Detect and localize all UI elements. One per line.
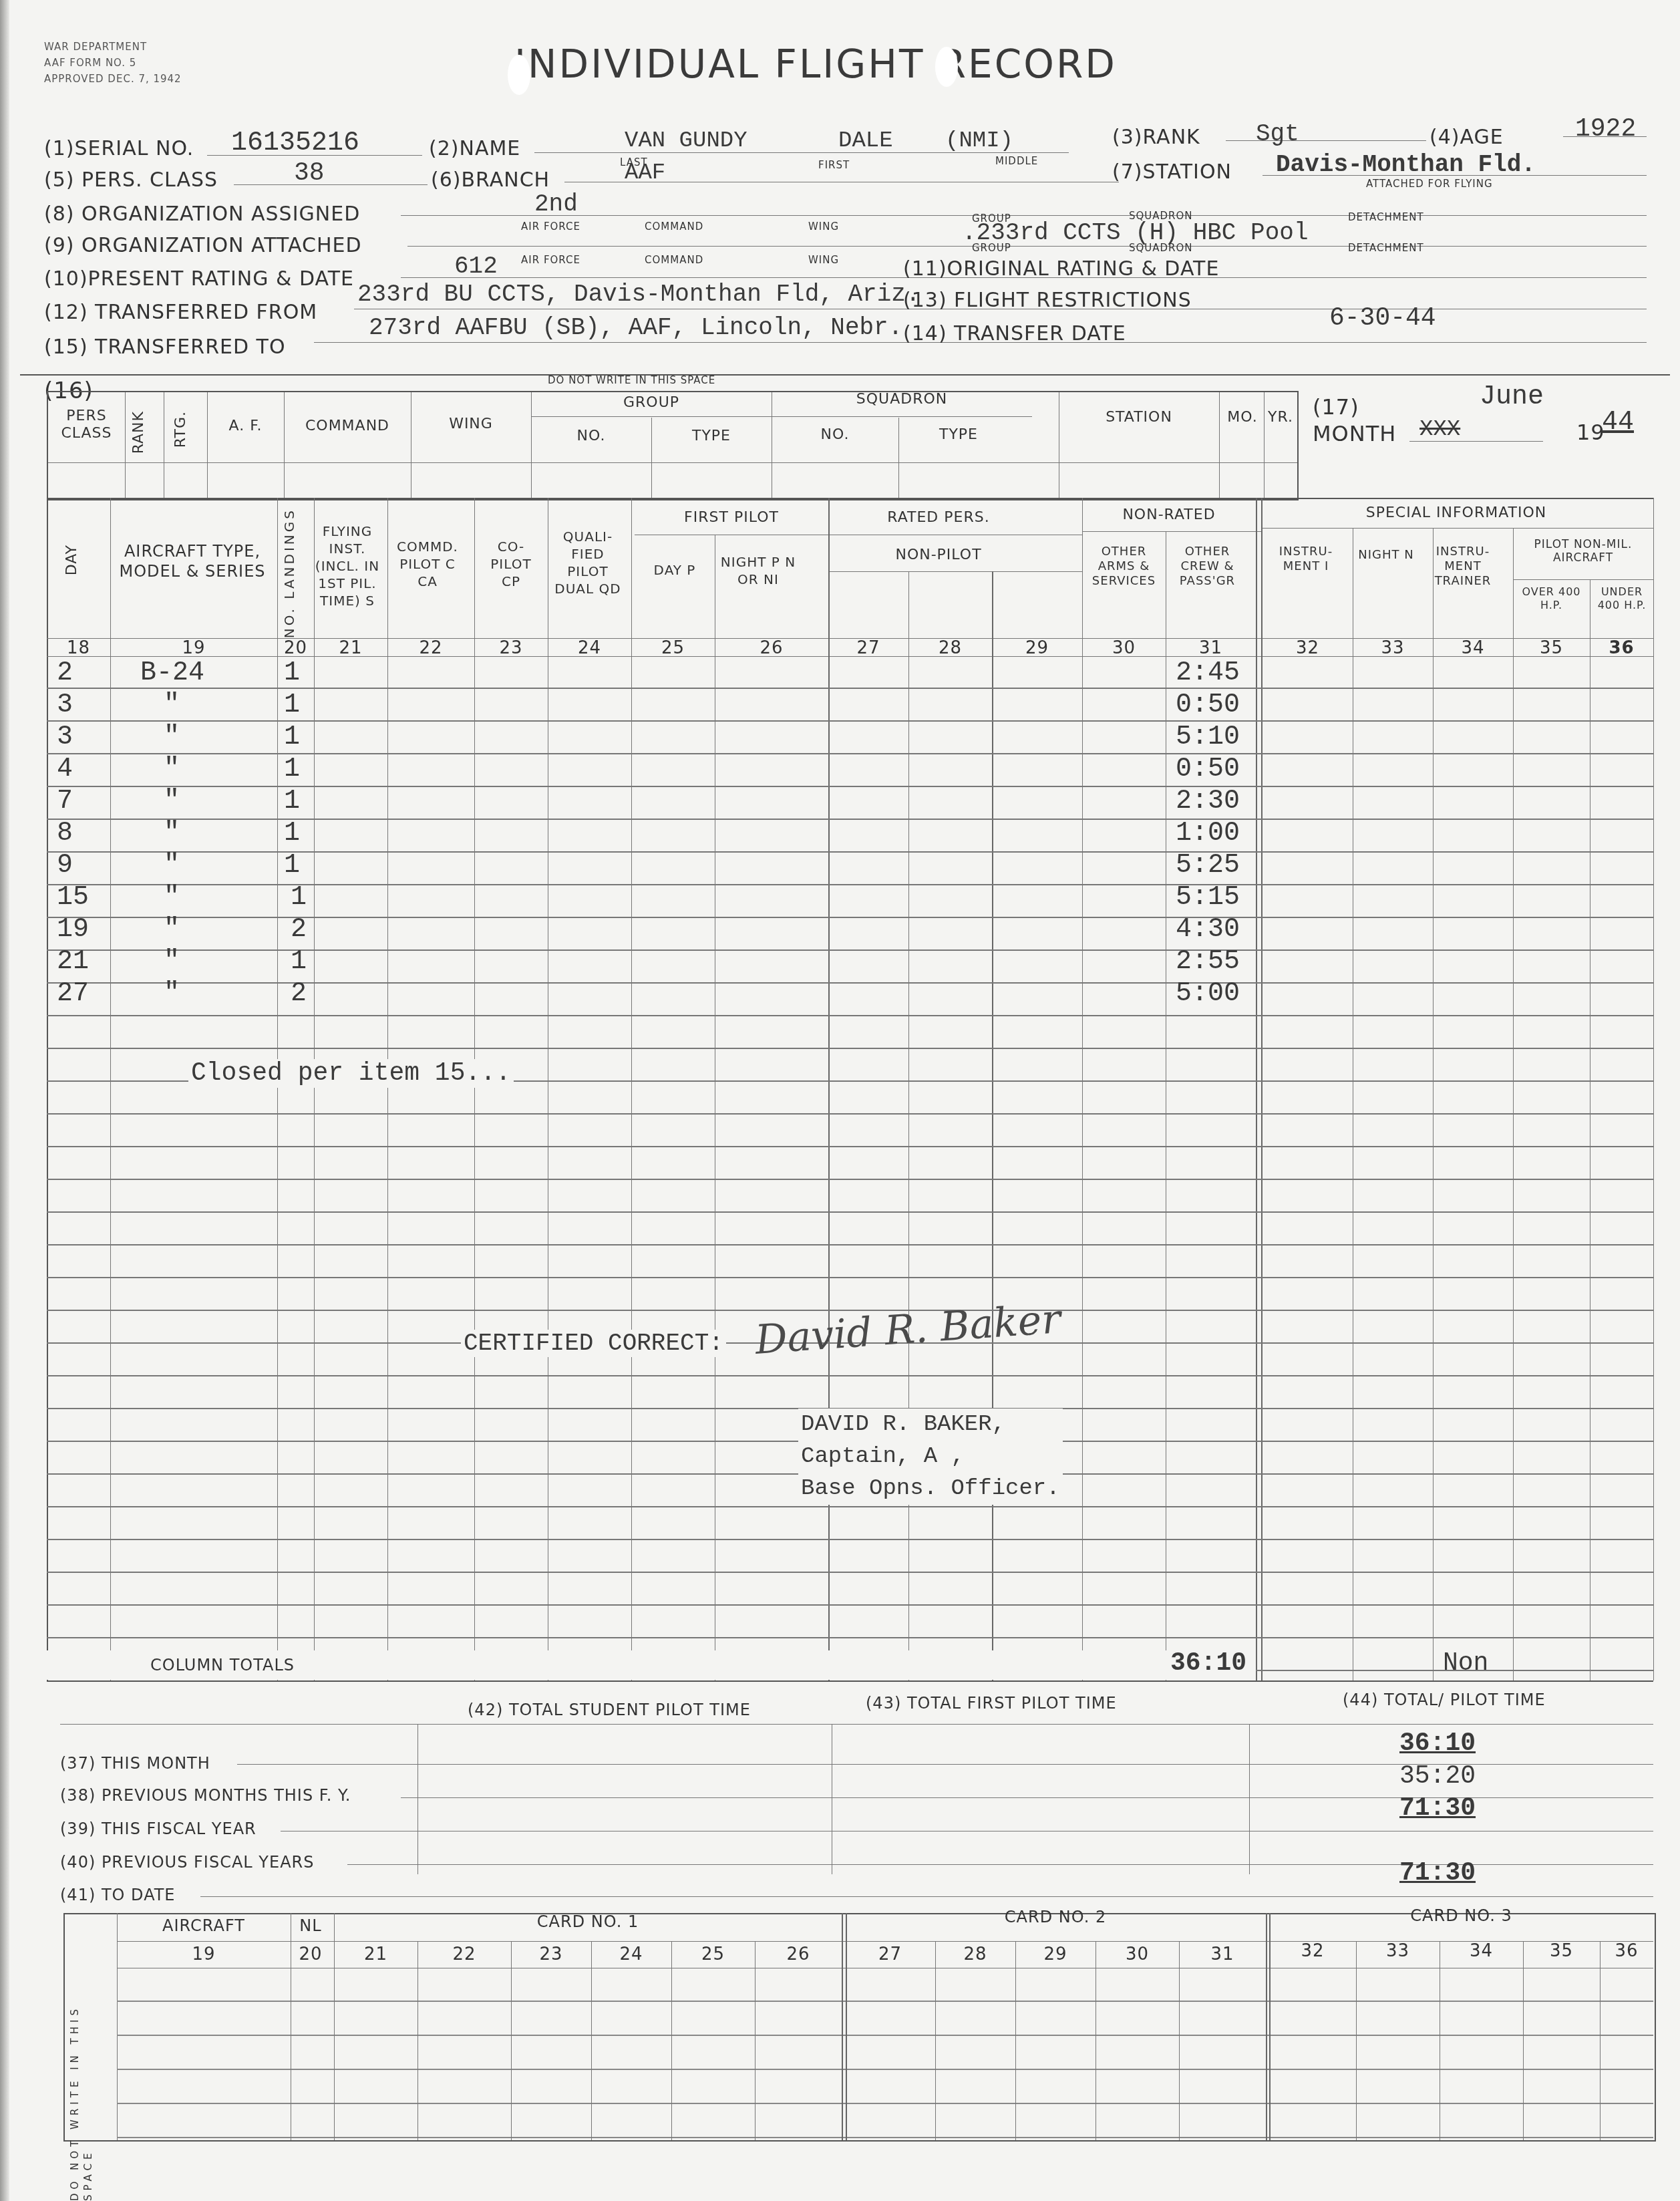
- hdr-squadron: SQUADRON: [772, 391, 1032, 408]
- underline: [200, 1896, 1653, 1897]
- hdr-aircraft: AIRCRAFT TYPE, MODEL & SERIES: [112, 541, 273, 581]
- rank-value[interactable]: Sgt: [1256, 120, 1299, 148]
- card-col-num: 30: [1096, 1944, 1179, 1964]
- card-col-num: 19: [120, 1944, 287, 1964]
- entry-other-crew[interactable]: 0:50: [1176, 690, 1240, 720]
- total-row-label: (40) PREVIOUS FISCAL YEARS: [60, 1853, 314, 1872]
- hdr-group-no: NO.: [531, 428, 651, 445]
- branch-label: (6)BRANCH: [431, 168, 550, 192]
- year-value[interactable]: 44: [1602, 408, 1634, 438]
- card-col-num: 25: [671, 1944, 755, 1964]
- hdr-instrument: INSTRU- MENT I: [1266, 545, 1346, 574]
- transferred-to-value[interactable]: 273rd AAFBU (SB), AAF, Lincoln, Nebr.: [369, 314, 902, 341]
- gridline: [755, 1941, 755, 2140]
- entry-day[interactable]: 27: [57, 979, 89, 1009]
- station-label: (7)STATION: [1112, 160, 1232, 184]
- col-num: 23: [474, 638, 548, 658]
- gridline: [1219, 392, 1220, 498]
- card-col-num: 29: [1015, 1944, 1096, 1964]
- col-num: 35: [1513, 638, 1590, 658]
- gridline: [1653, 498, 1654, 1680]
- entry-day[interactable]: 15: [57, 883, 89, 913]
- card-col-num: 36: [1600, 1941, 1653, 1961]
- card-aircraft-label: AIRCRAFT: [120, 1916, 287, 1935]
- pers-class-value[interactable]: 38: [294, 159, 325, 188]
- entry-day[interactable]: 4: [57, 754, 73, 784]
- serial-label: (1)SERIAL NO.: [44, 137, 194, 160]
- hdr-fp-day: DAY P: [638, 561, 711, 579]
- do-not-write-note: DO NOT WRITE IN THIS SPACE: [548, 374, 715, 386]
- col-num: 30: [1082, 638, 1166, 658]
- col-num: 27: [828, 638, 908, 658]
- divider: [47, 498, 1653, 499]
- entry-landings[interactable]: 1: [291, 947, 307, 977]
- original-rating-label: (11)ORIGINAL RATING & DATE: [903, 257, 1219, 281]
- branch-value[interactable]: AAF: [625, 160, 665, 186]
- total-row-label: (41) TO DATE: [60, 1886, 176, 1904]
- entry-landings[interactable]: 2: [291, 979, 307, 1009]
- hdr-qualified: QUALI- FIED PILOT DUAL QD: [554, 528, 621, 597]
- gridline: [1440, 1941, 1440, 2140]
- hdr-rank: RANK: [130, 411, 148, 454]
- hdr-fp-night: NIGHT P N OR NI: [718, 553, 798, 588]
- gridline: [842, 1913, 843, 2140]
- entry-aircraft[interactable]: ": [164, 915, 180, 945]
- age-value[interactable]: 1922: [1575, 115, 1636, 144]
- col-num: 19: [110, 638, 277, 658]
- page-title: INDIVIDUAL FLIGHT RECORD: [514, 41, 1117, 87]
- col-num: 26: [715, 638, 828, 658]
- hdr-over-400: OVER 400 H.P.: [1513, 585, 1590, 612]
- gridline: [591, 1941, 592, 2140]
- card-col-num: 33: [1356, 1941, 1440, 1961]
- gridline: [1356, 1941, 1357, 2140]
- entry-landings[interactable]: 1: [284, 754, 300, 784]
- card-col-num: 20: [291, 1944, 331, 1964]
- total-row-label: (37) THIS MONTH: [60, 1754, 210, 1773]
- card-rows: [117, 1968, 1653, 2139]
- entry-other-crew[interactable]: 5:25: [1176, 851, 1240, 881]
- hdr-rated-pers: RATED PERS.: [828, 509, 1049, 527]
- entry-day[interactable]: 2: [57, 658, 73, 688]
- col-num: 20: [277, 638, 314, 658]
- form-header: WAR DEPARTMENT AAF FORM NO. 5 APPROVED D…: [44, 39, 182, 87]
- remark[interactable]: Closed per item 15...: [188, 1059, 514, 1088]
- punch-hole: [508, 55, 530, 95]
- hdr-instr-trainer: INSTRU- MENT TRAINER: [1423, 545, 1503, 589]
- divider: [828, 571, 1082, 572]
- hdr-other-crew: OTHER CREW & PASS'GR: [1166, 545, 1249, 589]
- hdr-non-pilot: NON-PILOT: [828, 547, 1049, 564]
- entry-other-crew[interactable]: 5:10: [1176, 722, 1240, 752]
- column-total-other-crew[interactable]: 36:10: [1170, 1649, 1246, 1678]
- entry-day[interactable]: 21: [57, 947, 89, 977]
- gridline: [291, 1913, 291, 2140]
- transferred-from-value[interactable]: 233rd BU CCTS, Davis-Monthan Fld, Ariz.: [357, 281, 920, 308]
- hdr-day: DAY: [63, 545, 81, 575]
- col-num: 28: [908, 638, 992, 658]
- entry-day[interactable]: 3: [57, 690, 73, 720]
- gridline: [511, 1941, 512, 2140]
- gridline: [417, 1941, 418, 2140]
- hdr-sqn-type: TYPE: [898, 426, 1019, 444]
- sub-air-force: AIR FORCE: [521, 221, 580, 233]
- year-prefix: 19: [1576, 420, 1605, 445]
- entry-aircraft[interactable]: ": [164, 979, 180, 1009]
- divider: [20, 374, 1670, 376]
- divider: [828, 535, 1082, 535]
- hdr-under-400: UNDER 400 H.P.: [1591, 585, 1653, 612]
- present-rating-label: (10)PRESENT RATING & DATE: [44, 267, 354, 291]
- entry-aircraft[interactable]: ": [164, 722, 180, 752]
- gridline: [207, 392, 208, 498]
- gridline: [125, 392, 126, 498]
- name-first[interactable]: DALE: [838, 128, 893, 154]
- card-col-num: 32: [1269, 1941, 1356, 1961]
- sub-command: COMMAND: [645, 254, 703, 266]
- total-to-date[interactable]: 71:30: [1399, 1859, 1476, 1888]
- entry-aircraft[interactable]: ": [164, 786, 180, 817]
- divider: [1082, 531, 1263, 532]
- hdr-first-pilot: FIRST PILOT: [635, 509, 828, 527]
- sub-first: FIRST: [818, 159, 850, 171]
- entry-other-crew[interactable]: 1:00: [1176, 819, 1240, 849]
- hdr-rtg: RTG.: [172, 411, 190, 448]
- certifier-rank: Captain, A ,: [801, 1441, 1060, 1473]
- month-value[interactable]: June: [1480, 382, 1544, 412]
- col-num: 18: [47, 638, 110, 658]
- student-pilot-label: (42) TOTAL STUDENT PILOT TIME: [468, 1701, 751, 1719]
- entry-day[interactable]: 7: [57, 786, 73, 817]
- entry-day[interactable]: 8: [57, 819, 73, 849]
- org-assigned-air-force[interactable]: 2nd: [534, 190, 578, 218]
- hdr-pers-class: PERS CLASS: [48, 408, 125, 442]
- gridline: [1096, 1941, 1096, 2140]
- certifier-block: DAVID R. BAKER, Captain, A , Base Opns. …: [798, 1409, 1063, 1505]
- hdr-flying-inst: FLYING INST. (INCL. IN 1ST PIL. TIME) S: [311, 523, 384, 609]
- hdr-landings: NO. LANDINGS: [281, 508, 298, 638]
- hdr-sqn-no: NO.: [772, 426, 898, 444]
- sub-detachment: DETACHMENT: [1348, 211, 1424, 223]
- gridline: [531, 392, 532, 498]
- certified-label: CERTIFIED CORRECT:: [461, 1330, 726, 1357]
- gridline: [1600, 1941, 1601, 2140]
- gridline: [164, 392, 164, 498]
- transfer-date-label: (14) TRANSFER DATE: [903, 322, 1126, 345]
- total-row-label: (38) PREVIOUS MONTHS THIS F. Y.: [60, 1786, 351, 1805]
- card-col-num: 23: [511, 1944, 591, 1964]
- entry-aircraft[interactable]: ": [164, 690, 180, 720]
- entry-day[interactable]: 3: [57, 722, 73, 752]
- form-number: AAF FORM NO. 5: [44, 55, 182, 71]
- hdr-station: STATION: [1059, 409, 1219, 426]
- gridline: [411, 392, 411, 498]
- card3-label: CARD NO. 3: [1269, 1906, 1653, 1925]
- gridline: [417, 1724, 418, 1874]
- entry-other-crew[interactable]: 2:30: [1176, 786, 1240, 817]
- entry-landings[interactable]: 1: [284, 819, 300, 849]
- entry-landings[interactable]: 1: [284, 722, 300, 752]
- underline: [234, 184, 428, 185]
- certifier-title: Base Opns. Officer.: [801, 1473, 1060, 1505]
- entry-landings[interactable]: 2: [291, 915, 307, 945]
- entry-other-crew[interactable]: 2:55: [1176, 947, 1240, 977]
- gridline: [334, 1913, 335, 2140]
- entry-landings[interactable]: 1: [284, 786, 300, 817]
- name-middle[interactable]: (NMI): [945, 128, 1013, 154]
- station-sub: ATTACHED FOR FLYING: [1366, 178, 1493, 190]
- age-label: (4)AGE: [1430, 126, 1504, 149]
- hdr-af: A. F.: [207, 418, 284, 435]
- card-col-num: 27: [845, 1944, 935, 1964]
- flight-restrictions-label: (13) FLIGHT RESTRICTIONS: [903, 289, 1192, 312]
- entry-aircraft[interactable]: B-24: [140, 658, 204, 688]
- entry-aircraft[interactable]: ": [164, 883, 180, 913]
- gridline: [898, 418, 899, 498]
- column-totals-label: COLUMN TOTALS: [150, 1656, 295, 1674]
- department: WAR DEPARTMENT: [44, 39, 182, 55]
- col-num: 36: [1590, 638, 1653, 658]
- first-pilot-label: (43) TOTAL FIRST PILOT TIME: [866, 1694, 1117, 1713]
- col-num: 22: [387, 638, 474, 658]
- certifier-name: DAVID R. BAKER,: [801, 1409, 1060, 1441]
- flight-record-page: WAR DEPARTMENT AAF FORM NO. 5 APPROVED D…: [0, 0, 1680, 2201]
- sub-wing: WING: [808, 221, 839, 233]
- underline: [281, 1831, 1653, 1831]
- gridline: [651, 418, 652, 498]
- hdr-group: GROUP: [531, 394, 772, 412]
- entry-day[interactable]: 9: [57, 851, 73, 881]
- gridline: [1179, 1941, 1180, 2140]
- hdr-night: NIGHT N: [1356, 548, 1416, 563]
- underline: [401, 215, 1647, 216]
- total-this-month[interactable]: 36:10: [1399, 1729, 1476, 1758]
- scan-edge: [0, 0, 9, 2201]
- entry-other-crew[interactable]: 2:45: [1176, 658, 1240, 688]
- transfer-date-value[interactable]: 6-30-44: [1329, 304, 1436, 333]
- card-col-num: 24: [591, 1944, 671, 1964]
- card2-label: CARD NO. 2: [845, 1908, 1266, 1926]
- sub-air-force: AIR FORCE: [521, 254, 580, 266]
- divider: [47, 1680, 1653, 1682]
- transferred-from-label: (12) TRANSFERRED FROM: [44, 301, 317, 324]
- col-num: 31: [1166, 638, 1256, 658]
- total-prev-months[interactable]: 35:20: [1399, 1762, 1476, 1791]
- card-col-num: 31: [1179, 1944, 1266, 1964]
- total-row-label: (39) THIS FISCAL YEAR: [60, 1819, 257, 1838]
- entry-other-crew[interactable]: 4:30: [1176, 915, 1240, 945]
- divider: [1263, 528, 1653, 529]
- transferred-to-label: (15) TRANSFERRED TO: [44, 335, 286, 359]
- entry-aircraft[interactable]: ": [164, 851, 180, 881]
- card-col-num: 28: [935, 1944, 1015, 1964]
- gridline: [1015, 1941, 1016, 2140]
- col-num: 29: [992, 638, 1082, 658]
- gridline: [1523, 1941, 1524, 2140]
- hdr-co-pilot: CO- PILOT CP: [481, 538, 541, 590]
- present-rating-value[interactable]: 612: [454, 253, 498, 280]
- card-side-note: DO NOT WRITE IN THIS SPACE: [68, 1951, 95, 2201]
- divider: [635, 535, 828, 535]
- sub-command: COMMAND: [645, 221, 703, 233]
- total-pilot-label: (44) TOTAL/ PILOT TIME: [1343, 1691, 1546, 1709]
- col-num: 33: [1353, 638, 1433, 658]
- hdr-special-info: SPECIAL INFORMATION: [1263, 504, 1650, 522]
- sub-wing: WING: [808, 254, 839, 266]
- sub-middle: MIDDLE: [995, 155, 1038, 167]
- entry-other-crew[interactable]: 5:15: [1176, 883, 1240, 913]
- card-col-num: 34: [1440, 1941, 1523, 1961]
- month-struck: XXX: [1419, 417, 1460, 442]
- card-col-num: 21: [334, 1944, 417, 1964]
- entry-day[interactable]: 19: [57, 915, 89, 945]
- month-block-label: (17): [1313, 394, 1359, 420]
- entry-aircraft[interactable]: ": [164, 947, 180, 977]
- gridline: [1264, 392, 1265, 498]
- divider: [531, 416, 1032, 417]
- org-assigned-label: (8) ORGANIZATION ASSIGNED: [44, 202, 360, 226]
- col-num: 34: [1433, 638, 1513, 658]
- punch-hole: [935, 47, 958, 87]
- divider: [48, 462, 1297, 463]
- sub-group: GROUP: [972, 242, 1011, 254]
- card-col-num: 35: [1523, 1941, 1600, 1961]
- sub-squadron: SQUADRON: [1129, 242, 1193, 254]
- underline: [1409, 441, 1543, 442]
- station-value[interactable]: Davis-Monthan Fld.: [1276, 151, 1536, 178]
- card1-label: CARD NO. 1: [334, 1912, 842, 1931]
- name-label: (2)NAME: [429, 137, 520, 160]
- card-nl-label: NL: [291, 1916, 331, 1935]
- gridline: [284, 392, 285, 498]
- hdr-group-type: TYPE: [651, 428, 772, 445]
- rank-label: (3)RANK: [1112, 126, 1200, 149]
- col-num: 25: [631, 638, 715, 658]
- hdr-other-arms: OTHER ARMS & SERVICES: [1082, 545, 1166, 589]
- hdr-wing: WING: [411, 416, 531, 433]
- entry-other-crew[interactable]: 5:00: [1176, 979, 1240, 1009]
- gridline: [832, 1724, 832, 1874]
- entry-aircraft[interactable]: ": [164, 754, 180, 784]
- gridline: [772, 392, 772, 498]
- card-col-num: 26: [755, 1944, 842, 1964]
- total-this-fy[interactable]: 71:30: [1399, 1794, 1476, 1823]
- gridline: [1249, 1724, 1250, 1874]
- month-label: MONTH: [1313, 421, 1396, 446]
- approved-date: APPROVED DEC. 7, 1942: [44, 71, 182, 87]
- hdr-command: COMMAND: [284, 418, 411, 435]
- pers-class-label: (5) PERS. CLASS: [44, 168, 218, 192]
- col-num: 24: [548, 638, 631, 658]
- gridline: [1059, 392, 1059, 498]
- entry-landings[interactable]: 1: [284, 658, 300, 688]
- divider: [1513, 579, 1653, 580]
- col-num: 32: [1263, 638, 1353, 658]
- entry-aircraft[interactable]: ": [164, 819, 180, 849]
- special-note[interactable]: Non: [1443, 1649, 1488, 1678]
- gridline: [1269, 1913, 1271, 2140]
- entry-landings[interactable]: 1: [284, 690, 300, 720]
- name-last[interactable]: VAN GUNDY: [625, 128, 747, 154]
- entry-landings[interactable]: 1: [284, 851, 300, 881]
- hdr-non-rated: NON-RATED: [1082, 506, 1256, 524]
- gridline: [935, 1941, 936, 2140]
- card-col-num: 22: [417, 1944, 511, 1964]
- gridline: [846, 1913, 847, 2140]
- gridline: [1266, 1913, 1267, 2140]
- sub-detachment: DETACHMENT: [1348, 242, 1424, 254]
- gridline: [671, 1941, 672, 2140]
- divider: [60, 1724, 1653, 1725]
- entry-other-crew[interactable]: 0:50: [1176, 754, 1240, 784]
- hdr-commd-pilot: COMMD. PILOT C CA: [391, 538, 464, 590]
- col-num: 21: [314, 638, 387, 658]
- hdr-mo: MO.: [1219, 409, 1266, 426]
- hdr-pilot-non-mil: PILOT NON-MIL. AIRCRAFT: [1513, 538, 1653, 565]
- serial-value[interactable]: 16135216: [231, 128, 359, 158]
- entry-landings[interactable]: 1: [291, 883, 307, 913]
- hdr-yr: YR.: [1264, 409, 1297, 426]
- org-attached-label: (9) ORGANIZATION ATTACHED: [44, 234, 362, 257]
